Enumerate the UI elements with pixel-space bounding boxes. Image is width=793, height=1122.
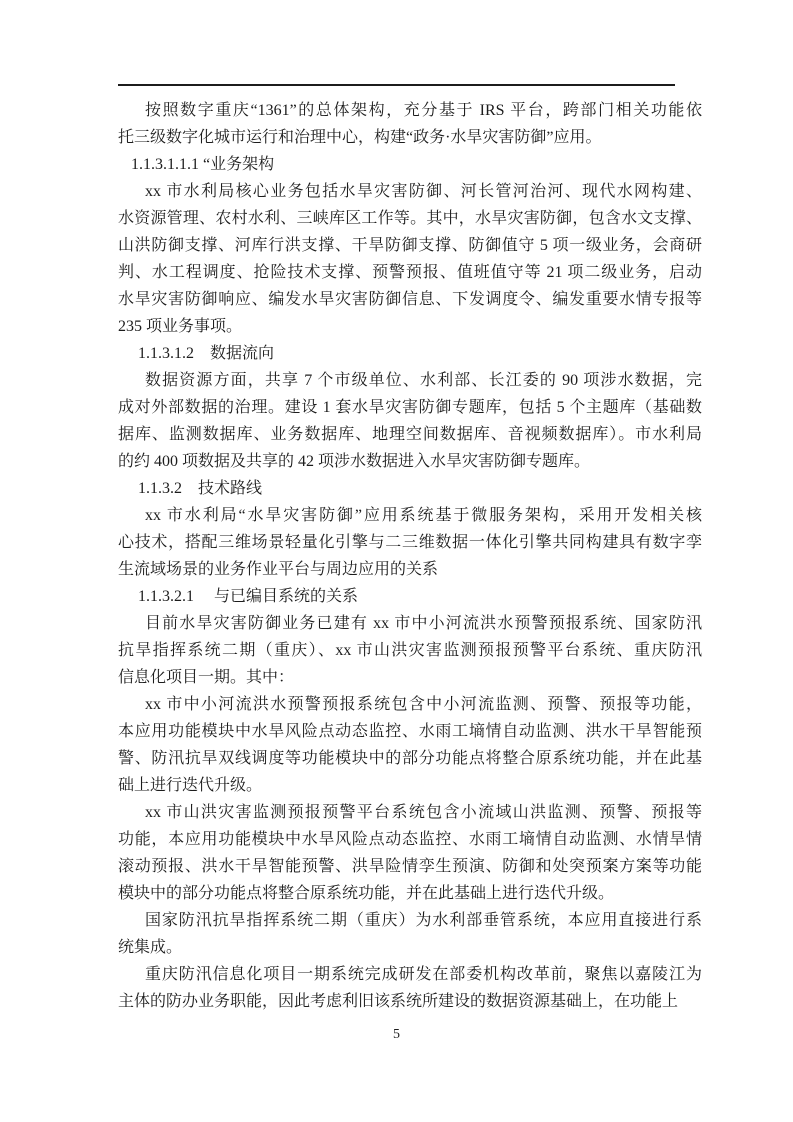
section-heading: 1.1.3.2 技术路线 bbox=[118, 475, 702, 502]
paragraph-line: 水资源管理、农村水利、三峡库区工作等。其中，水旱灾害防御，包含水文支撑、 bbox=[118, 205, 702, 232]
page-number: 5 bbox=[0, 1026, 793, 1044]
paragraph-line: 滚动预报、洪水干旱智能预警、洪旱险情孪生预演、防御和处突预案方案等功能 bbox=[118, 853, 702, 880]
paragraph-line: 本应用功能模块中水旱风险点动态监控、水雨工墒情自动监测、洪水干旱智能预 bbox=[118, 718, 702, 745]
document-body: 按照数字重庆“1361”的总体架构，充分基于 IRS 平台，跨部门相关功能依托三… bbox=[118, 97, 702, 1015]
paragraph-line: 模块中的部分功能点将整合原系统功能，并在此基础上进行迭代升级。 bbox=[118, 880, 702, 907]
paragraph-line: 托三级数字化城市运行和治理中心，构建“政务·水旱灾害防御”应用。 bbox=[118, 124, 702, 151]
paragraph-line: 重庆防汛信息化项目一期系统完成研发在部委机构改革前，聚焦以嘉陵江为 bbox=[118, 961, 702, 988]
paragraph-line: 统集成。 bbox=[118, 934, 702, 961]
paragraph-line: xx 市山洪灾害监测预报预警平台系统包含小流域山洪监测、预警、预报等 bbox=[118, 799, 702, 826]
document-page: 按照数字重庆“1361”的总体架构，充分基于 IRS 平台，跨部门相关功能依托三… bbox=[0, 0, 793, 1122]
section-heading: 1.1.3.2.1 与已编目系统的关系 bbox=[118, 583, 702, 610]
paragraph-line: 据库、监测数据库、业务数据库、地理空间数据库、音视频数据库）。市水利局 bbox=[118, 421, 702, 448]
section-heading: 1.1.3.1.1.1 “业务架构 bbox=[118, 151, 702, 178]
paragraph-line: xx 市水利局“水旱灾害防御”应用系统基于微服务架构，采用开发相关核 bbox=[118, 502, 702, 529]
paragraph-line: 目前水旱灾害防御业务已建有 xx 市中小河流洪水预警预报系统、国家防汛 bbox=[118, 610, 702, 637]
paragraph-line: 国家防汛抗旱指挥系统二期（重庆）为水利部垂管系统，本应用直接进行系 bbox=[118, 907, 702, 934]
paragraph-line: 按照数字重庆“1361”的总体架构，充分基于 IRS 平台，跨部门相关功能依 bbox=[118, 97, 702, 124]
paragraph-line: xx 市水利局核心业务包括水旱灾害防御、河长管河治河、现代水网构建、 bbox=[118, 178, 702, 205]
paragraph-line: xx 市中小河流洪水预警预报系统包含中小河流监测、预警、预报等功能， bbox=[118, 691, 702, 718]
paragraph-line: 水旱灾害防御响应、编发水旱灾害防御信息、下发调度令、编发重要水情专报等 bbox=[118, 286, 702, 313]
paragraph-line: 成对外部数据的治理。建设 1 套水旱灾害防御专题库，包括 5 个主题库（基础数 bbox=[118, 394, 702, 421]
paragraph-line: 功能，本应用功能模块中水旱风险点动态监控、水雨工墒情自动监测、水情旱情 bbox=[118, 826, 702, 853]
paragraph-line: 主体的防办业务职能，因此考虑利旧该系统所建设的数据资源基础上，在功能上 bbox=[118, 988, 702, 1015]
paragraph-line: 山洪防御支撑、河库行洪支撑、干旱防御支撑、防御值守 5 项一级业务，会商研 bbox=[118, 232, 702, 259]
paragraph-line: 心技术，搭配三维场景轻量化引擎与二三维数据一体化引擎共同构建具有数字孪 bbox=[118, 529, 702, 556]
paragraph-line: 警、防汛抗旱双线调度等功能模块中的部分功能点将整合原系统功能，并在此基 bbox=[118, 745, 702, 772]
paragraph-line: 的约 400 项数据及共享的 42 项涉水数据进入水旱灾害防御专题库。 bbox=[118, 448, 702, 475]
paragraph-line: 础上进行迭代升级。 bbox=[118, 772, 702, 799]
paragraph-line: 信息化项目一期。其中： bbox=[118, 664, 702, 691]
paragraph-line: 数据资源方面，共享 7 个市级单位、水利部、长江委的 90 项涉水数据，完 bbox=[118, 367, 702, 394]
paragraph-line: 生流域场景的业务作业平台与周边应用的关系 bbox=[118, 556, 702, 583]
paragraph-line: 抗旱指挥系统二期（重庆）、xx 市山洪灾害监测预报预警平台系统、重庆防汛 bbox=[118, 637, 702, 664]
paragraph-line: 判、水工程调度、抢险技术支撑、预警预报、值班值守等 21 项二级业务，启动 bbox=[118, 259, 702, 286]
header-divider bbox=[118, 84, 675, 86]
section-heading: 1.1.3.1.2 数据流向 bbox=[118, 340, 702, 367]
paragraph-line: 235 项业务事项。 bbox=[118, 313, 702, 340]
